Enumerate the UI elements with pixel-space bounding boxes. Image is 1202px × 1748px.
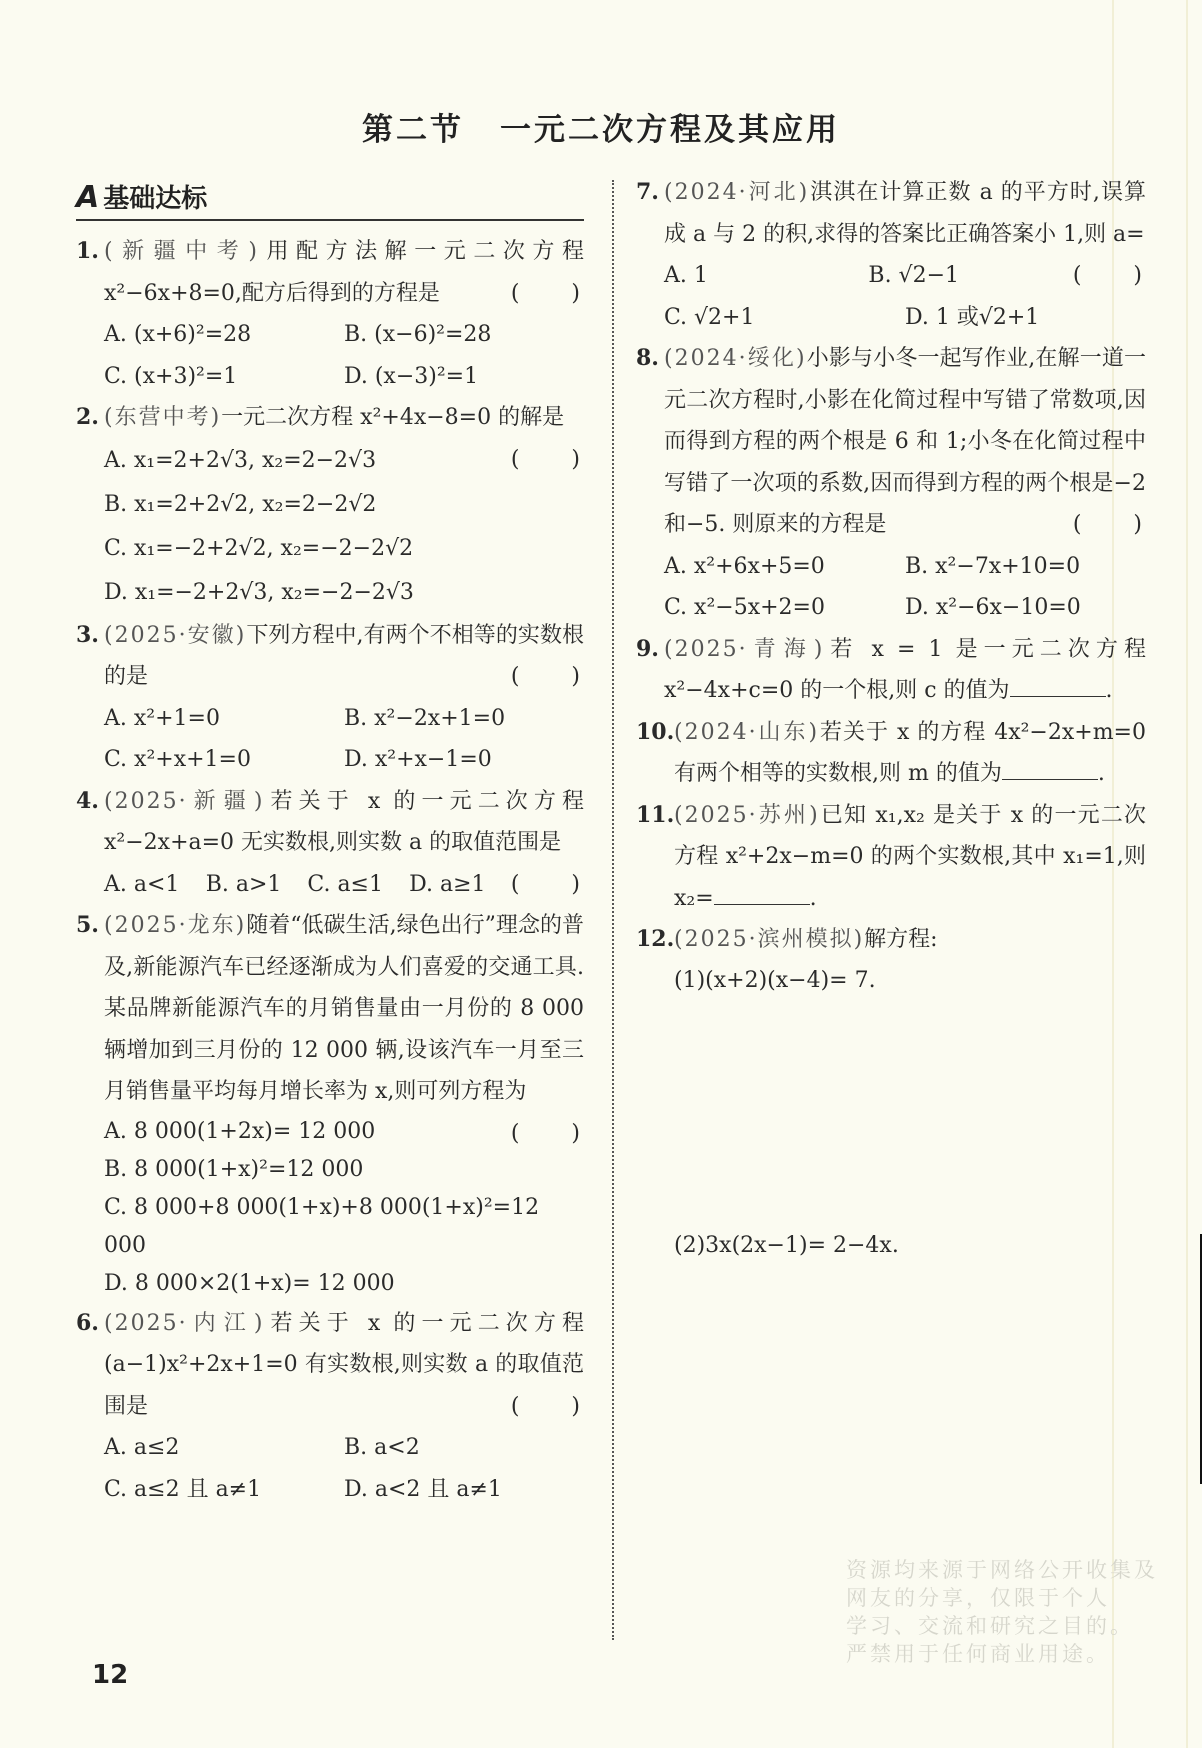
question-stem: (2025·安徽)下列方程中,有两个不相等的实数根的是() bbox=[76, 615, 584, 698]
question-9: 9. (2025·青海)若 x = 1 是一元二次方程 x²−4x+c=0 的一… bbox=[636, 629, 1146, 712]
question-number: 4. bbox=[76, 781, 99, 823]
option-c[interactable]: C. x²+x+1=0 bbox=[104, 739, 344, 781]
options: A. x²+6x+5=0B. x²−7x+10=0 C. x²−5x+2=0D.… bbox=[636, 546, 1146, 629]
answer-blank[interactable] bbox=[1002, 757, 1098, 780]
watermark-line: 严禁用于任何商业用途。 bbox=[846, 1640, 1202, 1668]
question-stem: (2024·山东)若关于 x 的方程 4x²−2x+m=0 有两个相等的实数根,… bbox=[636, 712, 1146, 795]
question-stem: (2025·青海)若 x = 1 是一元二次方程 x²−4x+c=0 的一个根,… bbox=[636, 629, 1146, 712]
question-number: 8. bbox=[636, 338, 659, 380]
option-a[interactable]: A. 1 bbox=[664, 255, 868, 297]
option-d[interactable]: D. (x−3)²=1 bbox=[344, 356, 584, 398]
page-number: 12 bbox=[92, 1660, 128, 1690]
question-text: 随着“低碳生活,绿色出行”理念的普及,新能源汽车已经逐渐成为人们喜爱的交通工具.… bbox=[104, 913, 584, 1104]
option-c[interactable]: C. x²−5x+2=0 bbox=[664, 587, 905, 629]
question-stem: (2025·滨州模拟)解方程: bbox=[636, 919, 1146, 961]
option-b[interactable]: B. (x−6)²=28 bbox=[344, 314, 584, 356]
question-stem: (2025·龙东)随着“低碳生活,绿色出行”理念的普及,新能源汽车已经逐渐成为人… bbox=[76, 905, 584, 1113]
question-text: 解方程: bbox=[864, 927, 937, 952]
question-stem: (2024·河北)淇淇在计算正数 a 的平方时,误算成 a 与 2 的积,求得的… bbox=[636, 172, 1146, 255]
option-b[interactable]: B. 8 000(1+x)²=12 000 bbox=[104, 1151, 584, 1189]
option-c[interactable]: C. a≤1 bbox=[307, 864, 409, 906]
option-d[interactable]: D. a≥1 bbox=[409, 864, 511, 906]
question-source: (新疆中考) bbox=[104, 239, 259, 264]
question-text: 一元二次方程 x²+4x−8=0 的解是 bbox=[221, 405, 564, 430]
sub-problem-2: (2)3x(2x−1)= 2−4x. bbox=[636, 1226, 1146, 1266]
option-a[interactable]: A. a≤2 bbox=[104, 1427, 344, 1469]
question-stem: (2025·新疆)若关于 x 的一元二次方程 x²−2x+a=0 无实数根,则实… bbox=[76, 781, 584, 864]
question-source: (2024·绥化) bbox=[664, 346, 807, 371]
option-b[interactable]: B. x₁=2+2√2, x₂=2−2√2 bbox=[104, 483, 584, 527]
answer-space-1[interactable] bbox=[636, 1001, 1146, 1226]
answer-bracket[interactable]: () bbox=[511, 1113, 580, 1155]
answer-bracket[interactable]: () bbox=[511, 273, 580, 315]
option-d[interactable]: D. 8 000×2(1+x)= 12 000 bbox=[104, 1265, 584, 1303]
option-d[interactable]: D. 1 或√2+1 bbox=[905, 297, 1146, 339]
options: A. (x+6)²=28B. (x−6)²=28 C. (x+3)²=1D. (… bbox=[76, 314, 584, 397]
question-source: (2025·内江) bbox=[104, 1311, 264, 1336]
option-a[interactable]: A. (x+6)²=28 bbox=[104, 314, 344, 356]
question-stem: (新疆中考)用配方法解一元二次方程 x²−6x+8=0,配方后得到的方程是() bbox=[76, 231, 584, 314]
option-a[interactable]: A. x²+1=0 bbox=[104, 698, 344, 740]
question-source: (2024·山东) bbox=[674, 720, 819, 745]
question-number: 1. bbox=[76, 231, 99, 273]
section-topic: 一元二次方程及其应用 bbox=[500, 112, 840, 148]
option-c[interactable]: C. a≤2 且 a≠1 bbox=[104, 1469, 344, 1511]
question-source: (2024·河北) bbox=[664, 180, 809, 205]
question-12: 12. (2025·滨州模拟)解方程: bbox=[636, 919, 1146, 961]
option-b[interactable]: B. √2−1 bbox=[868, 255, 1072, 297]
sub-problem-1: (1)(x+2)(x−4)= 7. bbox=[636, 961, 1146, 1001]
question-source: (2025·滨州模拟) bbox=[674, 927, 864, 952]
question-7: 7. (2024·河北)淇淇在计算正数 a 的平方时,误算成 a 与 2 的积,… bbox=[636, 172, 1146, 338]
question-3: 3. (2025·安徽)下列方程中,有两个不相等的实数根的是() A. x²+1… bbox=[76, 615, 584, 781]
answer-bracket[interactable]: () bbox=[511, 1386, 580, 1428]
question-11: 11. (2025·苏州)已知 x₁,x₂ 是关于 x 的一元二次方程 x²+2… bbox=[636, 795, 1146, 920]
question-number: 11. bbox=[636, 795, 674, 837]
answer-bracket[interactable]: () bbox=[511, 864, 580, 906]
question-number: 9. bbox=[636, 629, 659, 671]
option-d[interactable]: D. x²+x−1=0 bbox=[344, 739, 584, 781]
question-4: 4. (2025·新疆)若关于 x 的一元二次方程 x²−2x+a=0 无实数根… bbox=[76, 781, 584, 906]
column-divider bbox=[612, 180, 614, 1640]
question-source: (东营中考) bbox=[104, 405, 221, 430]
question-source: (2025·青海) bbox=[664, 637, 824, 662]
option-a[interactable]: A. a<1 bbox=[104, 864, 206, 906]
question-number: 12. bbox=[636, 919, 674, 961]
page-fold-shadow bbox=[1186, 0, 1188, 1748]
option-d[interactable]: D. x₁=−2+2√3, x₂=−2−2√3 bbox=[104, 571, 584, 615]
options: A. 1B. √2−1 C. √2+1D. 1 或√2+1 bbox=[636, 255, 1146, 338]
section-label: 基础达标 bbox=[103, 184, 207, 214]
options: A. a<1B. a>1C. a≤1D. a≥1 bbox=[76, 864, 584, 906]
section-number: 第二节 bbox=[362, 112, 464, 148]
answer-blank[interactable] bbox=[714, 882, 810, 905]
option-c[interactable]: C. (x+3)²=1 bbox=[104, 356, 344, 398]
answer-bracket[interactable]: () bbox=[1073, 255, 1142, 297]
answer-blank[interactable] bbox=[1010, 674, 1106, 697]
option-b[interactable]: B. x²−2x+1=0 bbox=[344, 698, 584, 740]
options: A. a≤2B. a<2 C. a≤2 且 a≠1D. a<2 且 a≠1 bbox=[76, 1427, 584, 1510]
question-number: 7. bbox=[636, 172, 659, 214]
question-source: (2025·新疆) bbox=[104, 789, 264, 814]
option-b[interactable]: B. x²−7x+10=0 bbox=[905, 546, 1146, 588]
option-d[interactable]: D. a<2 且 a≠1 bbox=[344, 1469, 584, 1511]
question-source: (2025·苏州) bbox=[674, 803, 820, 828]
option-c[interactable]: C. 8 000+8 000(1+x)+8 000(1+x)²=12 000 bbox=[104, 1189, 584, 1265]
question-number: 2. bbox=[76, 397, 99, 439]
option-a[interactable]: A. x²+6x+5=0 bbox=[664, 546, 905, 588]
question-10: 10. (2024·山东)若关于 x 的方程 4x²−2x+m=0 有两个相等的… bbox=[636, 712, 1146, 795]
option-b[interactable]: B. a>1 bbox=[206, 864, 308, 906]
question-stem: (2025·内江)若关于 x 的一元二次方程 (a−1)x²+2x+1=0 有实… bbox=[76, 1303, 584, 1428]
question-source: (2025·龙东) bbox=[104, 913, 246, 938]
options: A. 8 000(1+2x)= 12 000 B. 8 000(1+x)²=12… bbox=[76, 1113, 584, 1303]
option-c[interactable]: C. √2+1 bbox=[664, 297, 905, 339]
question-number: 10. bbox=[636, 712, 674, 754]
watermark-line: 网友的分享，仅限于个人 bbox=[846, 1584, 1202, 1612]
question-stem: (东营中考)一元二次方程 x²+4x−8=0 的解是() bbox=[76, 397, 584, 439]
question-1: 1. (新疆中考)用配方法解一元二次方程 x²−6x+8=0,配方后得到的方程是… bbox=[76, 231, 584, 397]
right-column: 7. (2024·河北)淇淇在计算正数 a 的平方时,误算成 a 与 2 的积,… bbox=[636, 172, 1146, 1566]
watermark-line: 学习、交流和研究之目的。 bbox=[846, 1612, 1202, 1640]
answer-bracket[interactable]: () bbox=[1073, 504, 1142, 546]
question-5: 5. (2025·龙东)随着“低碳生活,绿色出行”理念的普及,新能源汽车已经逐渐… bbox=[76, 905, 584, 1303]
question-number: 3. bbox=[76, 615, 99, 657]
section-letter: A bbox=[76, 180, 99, 215]
option-d[interactable]: D. x²−6x−10=0 bbox=[905, 587, 1146, 629]
left-column: A基础达标 1. (新疆中考)用配方法解一元二次方程 x²−6x+8=0,配方后… bbox=[76, 178, 584, 1510]
options: A. x₁=2+2√3, x₂=2−2√3 B. x₁=2+2√2, x₂=2−… bbox=[76, 439, 584, 615]
section-heading: A基础达标 bbox=[76, 178, 584, 221]
question-source: (2025·安徽) bbox=[104, 623, 246, 648]
option-b[interactable]: B. a<2 bbox=[344, 1427, 584, 1469]
page-title: 第二节一元二次方程及其应用 bbox=[0, 104, 1202, 149]
watermark: 资源均来源于网络公开收集及 网友的分享，仅限于个人 学习、交流和研究之目的。 严… bbox=[846, 1556, 1202, 1668]
question-6: 6. (2025·内江)若关于 x 的一元二次方程 (a−1)x²+2x+1=0… bbox=[76, 1303, 584, 1511]
watermark-line: 资源均来源于网络公开收集及 bbox=[846, 1556, 1202, 1584]
option-c[interactable]: C. x₁=−2+2√2, x₂=−2−2√2 bbox=[104, 527, 584, 571]
question-number: 5. bbox=[76, 905, 99, 947]
question-number: 6. bbox=[76, 1303, 99, 1345]
worksheet-page: 第二节一元二次方程及其应用 A基础达标 1. (新疆中考)用配方法解一元二次方程… bbox=[0, 0, 1202, 1748]
answer-space-2[interactable] bbox=[636, 1266, 1146, 1566]
question-stem: (2025·苏州)已知 x₁,x₂ 是关于 x 的一元二次方程 x²+2x−m=… bbox=[636, 795, 1146, 920]
answer-bracket[interactable]: () bbox=[511, 656, 580, 698]
options: A. x²+1=0B. x²−2x+1=0 C. x²+x+1=0D. x²+x… bbox=[76, 698, 584, 781]
answer-bracket[interactable]: () bbox=[511, 439, 580, 481]
question-stem: (2024·绥化)小影与小冬一起写作业,在解一道一元二次方程时,小影在化简过程中… bbox=[636, 338, 1146, 546]
question-8: 8. (2024·绥化)小影与小冬一起写作业,在解一道一元二次方程时,小影在化简… bbox=[636, 338, 1146, 629]
question-2: 2. (东营中考)一元二次方程 x²+4x−8=0 的解是() A. x₁=2+… bbox=[76, 397, 584, 615]
